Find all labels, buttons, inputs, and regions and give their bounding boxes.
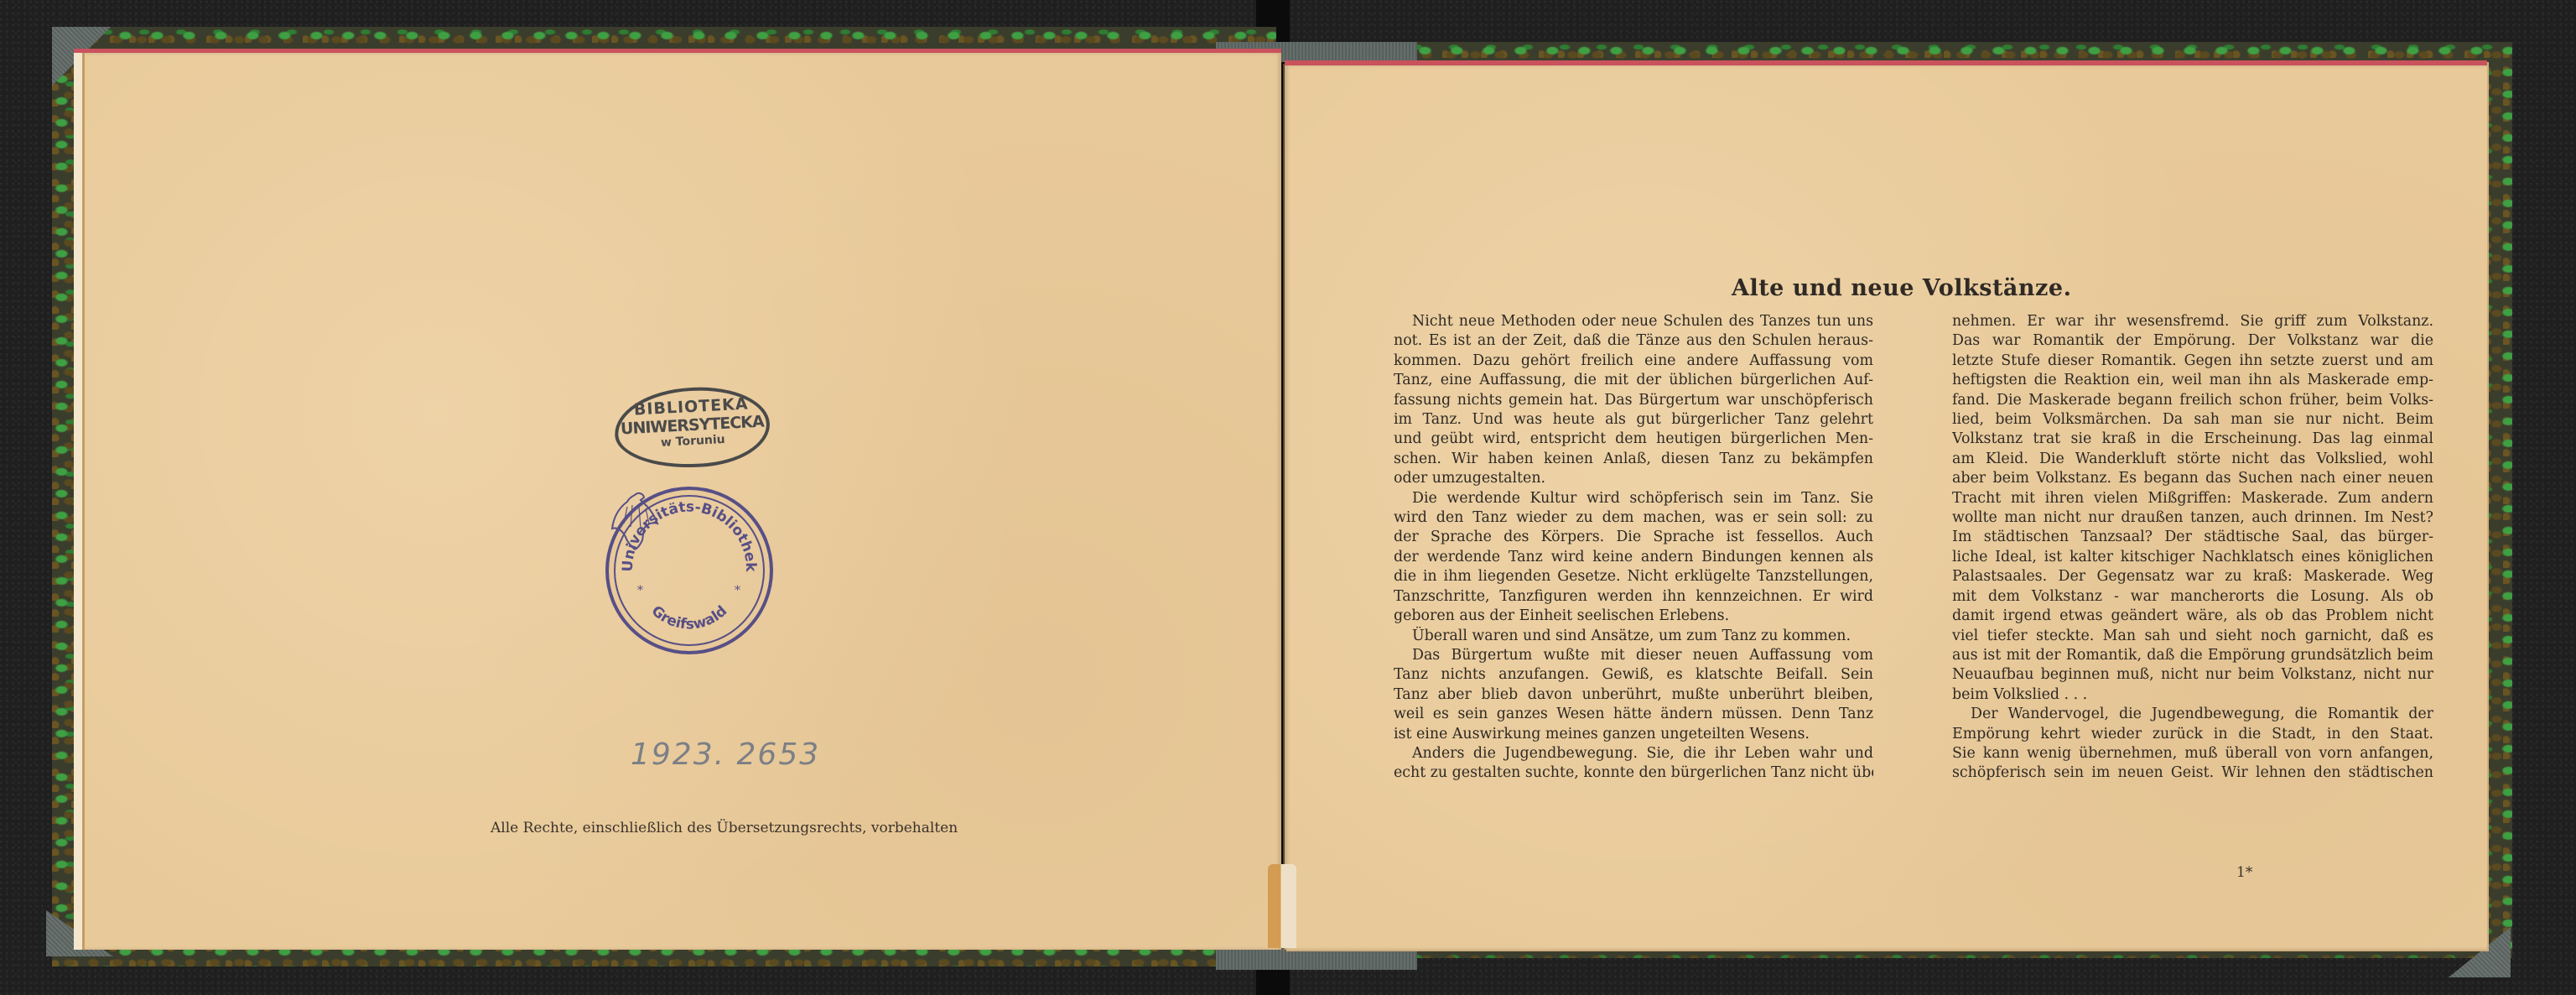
text-line: Tanzschritte, Tanzfiguren werden ihn ken… bbox=[1394, 587, 1873, 607]
text-line: fassung nichts gemein hat. Das Bürgertum… bbox=[1394, 391, 1873, 410]
text-line: beim Volkslied . . . bbox=[1952, 685, 2433, 705]
text-line: am Kleid. Die Wanderkluft störte nicht d… bbox=[1952, 450, 2433, 469]
text-line: fand. Die Maskerade begann freilich scho… bbox=[1952, 391, 2433, 410]
text-line: nehmen. Er war ihr wesensfremd. Sie grif… bbox=[1952, 312, 2433, 331]
text-line: Überall waren und sind Ansätze, um zum T… bbox=[1394, 627, 1873, 646]
spine-cloth-bottom bbox=[1216, 948, 1417, 970]
text-line: Die werdende Kultur wird schöpferisch se… bbox=[1394, 489, 1873, 508]
text-line: viel tiefer steckte. Man sah und sieht n… bbox=[1952, 627, 2433, 646]
text-line: der Sprache des Körpers. Die Sprache ist… bbox=[1394, 528, 1873, 547]
text-line: Tanz nichts anzufangen. Gewiß, es klatsc… bbox=[1394, 665, 1873, 685]
svg-text:Greifswald: Greifswald bbox=[648, 602, 730, 633]
svg-text:*: * bbox=[735, 584, 740, 597]
text-line: Das war Romantik der Empörung. Der Volks… bbox=[1952, 331, 2433, 351]
paper-tear bbox=[1268, 864, 1296, 948]
text-line: aber beim Volkstanz. Es begann das Suche… bbox=[1952, 469, 2433, 488]
text-line: oder umzugestalten. bbox=[1394, 469, 1873, 488]
article-title: Alte und neue Volkstänze. bbox=[1732, 275, 2071, 301]
text-line: weil es sein ganzes Wesen hätte ändern m… bbox=[1394, 705, 1873, 724]
text-line: die in ihm liegenden Gesetze. Nicht erkl… bbox=[1394, 567, 1873, 586]
text-line: wollte man nicht nur draußen tanzen, auc… bbox=[1952, 508, 2433, 528]
handwritten-inventory-number: 1923. 2653 bbox=[631, 737, 820, 772]
text-line: Das Bürgertum wußte mit dieser neuen Auf… bbox=[1394, 646, 1873, 665]
eagle-icon bbox=[609, 490, 661, 555]
text-line: Nicht neue Methoden oder neue Schulen de… bbox=[1394, 312, 1873, 331]
text-line: heftigsten die Reaktion ein, weil man ih… bbox=[1952, 371, 2433, 390]
text-line: Palastsaales. Der Gegensatz war zu kraß:… bbox=[1952, 567, 2433, 586]
text-line: wird den Tanz wieder zu dem machen, was … bbox=[1394, 508, 1873, 528]
text-line: und geübt wird, entspricht dem heutigen … bbox=[1394, 430, 1873, 449]
text-line: damit irgend etwas geändert wäre, als ob… bbox=[1952, 607, 2433, 626]
text-line: mit dem Volkstanz - war mancherorts die … bbox=[1952, 587, 2433, 607]
text-line: Der Wandervogel, die Jugendbewegung, die… bbox=[1952, 705, 2433, 724]
text-line: Sie kann wenig übernehmen, muß überall v… bbox=[1952, 744, 2433, 763]
library-stamp-greifswald: Universitäts-Bibliothek Greifswald * * bbox=[605, 487, 773, 654]
text-line: lied, beim Volksmärchen. Da sah man sie … bbox=[1952, 410, 2433, 430]
printer-signature-mark: 1* bbox=[2236, 864, 2252, 881]
text-line: Neuaufbau beginnen muß, nicht nur beim V… bbox=[1952, 665, 2433, 685]
text-line: ist eine Auswirkung meines ganzen ungete… bbox=[1394, 725, 1873, 744]
text-line: schen. Wir haben keinen Anlaß, diesen Ta… bbox=[1394, 450, 1873, 469]
text-line: Tanz, eine Auffassung, die mit der üblic… bbox=[1394, 371, 1873, 390]
copyright-rights-note: Alle Rechte, einschließlich des Übersetz… bbox=[491, 820, 958, 836]
text-line: Empörung kehrt wieder zurück in die Stad… bbox=[1952, 725, 2433, 744]
text-line: Tanz aber blieb davon unberührt, mußte u… bbox=[1394, 685, 1873, 705]
text-line: schöpferisch sein im neuen Geist. Wir le… bbox=[1952, 763, 2433, 783]
text-line: Anders die Jugendbewegung. Sie, die ihr … bbox=[1394, 744, 1873, 763]
text-line: Tracht mit ihren vielen Mißgriffen: Mask… bbox=[1952, 489, 2433, 508]
text-line: kommen. Dazu gehört freilich eine andere… bbox=[1394, 352, 1873, 371]
left-page: BIBLIOTEKA UNIWERSYTECKA w Toruniu Unive… bbox=[74, 49, 1281, 950]
text-line: Im städtischen Tanzsaal? Der städtische … bbox=[1952, 528, 2433, 547]
text-line: geboren aus der Einheit seelischen Erleb… bbox=[1394, 607, 1873, 626]
text-column-left: Nicht neue Methoden oder neue Schulen de… bbox=[1394, 312, 1873, 784]
text-line: aus ist mit der Romantik, daß die Empöru… bbox=[1952, 646, 2433, 665]
text-line: Volkstanz trat sie kraß in die Erscheinu… bbox=[1952, 430, 2433, 449]
text-column-right: nehmen. Er war ihr wesensfremd. Sie grif… bbox=[1952, 312, 2433, 784]
text-line: liche Ideal, ist kalter kitschiger Nachk… bbox=[1952, 548, 2433, 567]
svg-text:*: * bbox=[637, 584, 643, 597]
text-line: echt zu gestalten suchte, konnte den bür… bbox=[1394, 763, 1873, 783]
text-line: letzte Stufe dieser Romantik. Gegen ihn … bbox=[1952, 352, 2433, 371]
text-line: der werdende Tanz wird keine andern Bind… bbox=[1394, 548, 1873, 567]
text-line: not. Es ist an der Zeit, daß die Tänze a… bbox=[1394, 331, 1873, 351]
text-line: im Tanz. Und was heute als gut bürgerlic… bbox=[1394, 410, 1873, 430]
library-stamp-torun: BIBLIOTEKA UNIWERSYTECKA w Toruniu bbox=[613, 383, 772, 471]
